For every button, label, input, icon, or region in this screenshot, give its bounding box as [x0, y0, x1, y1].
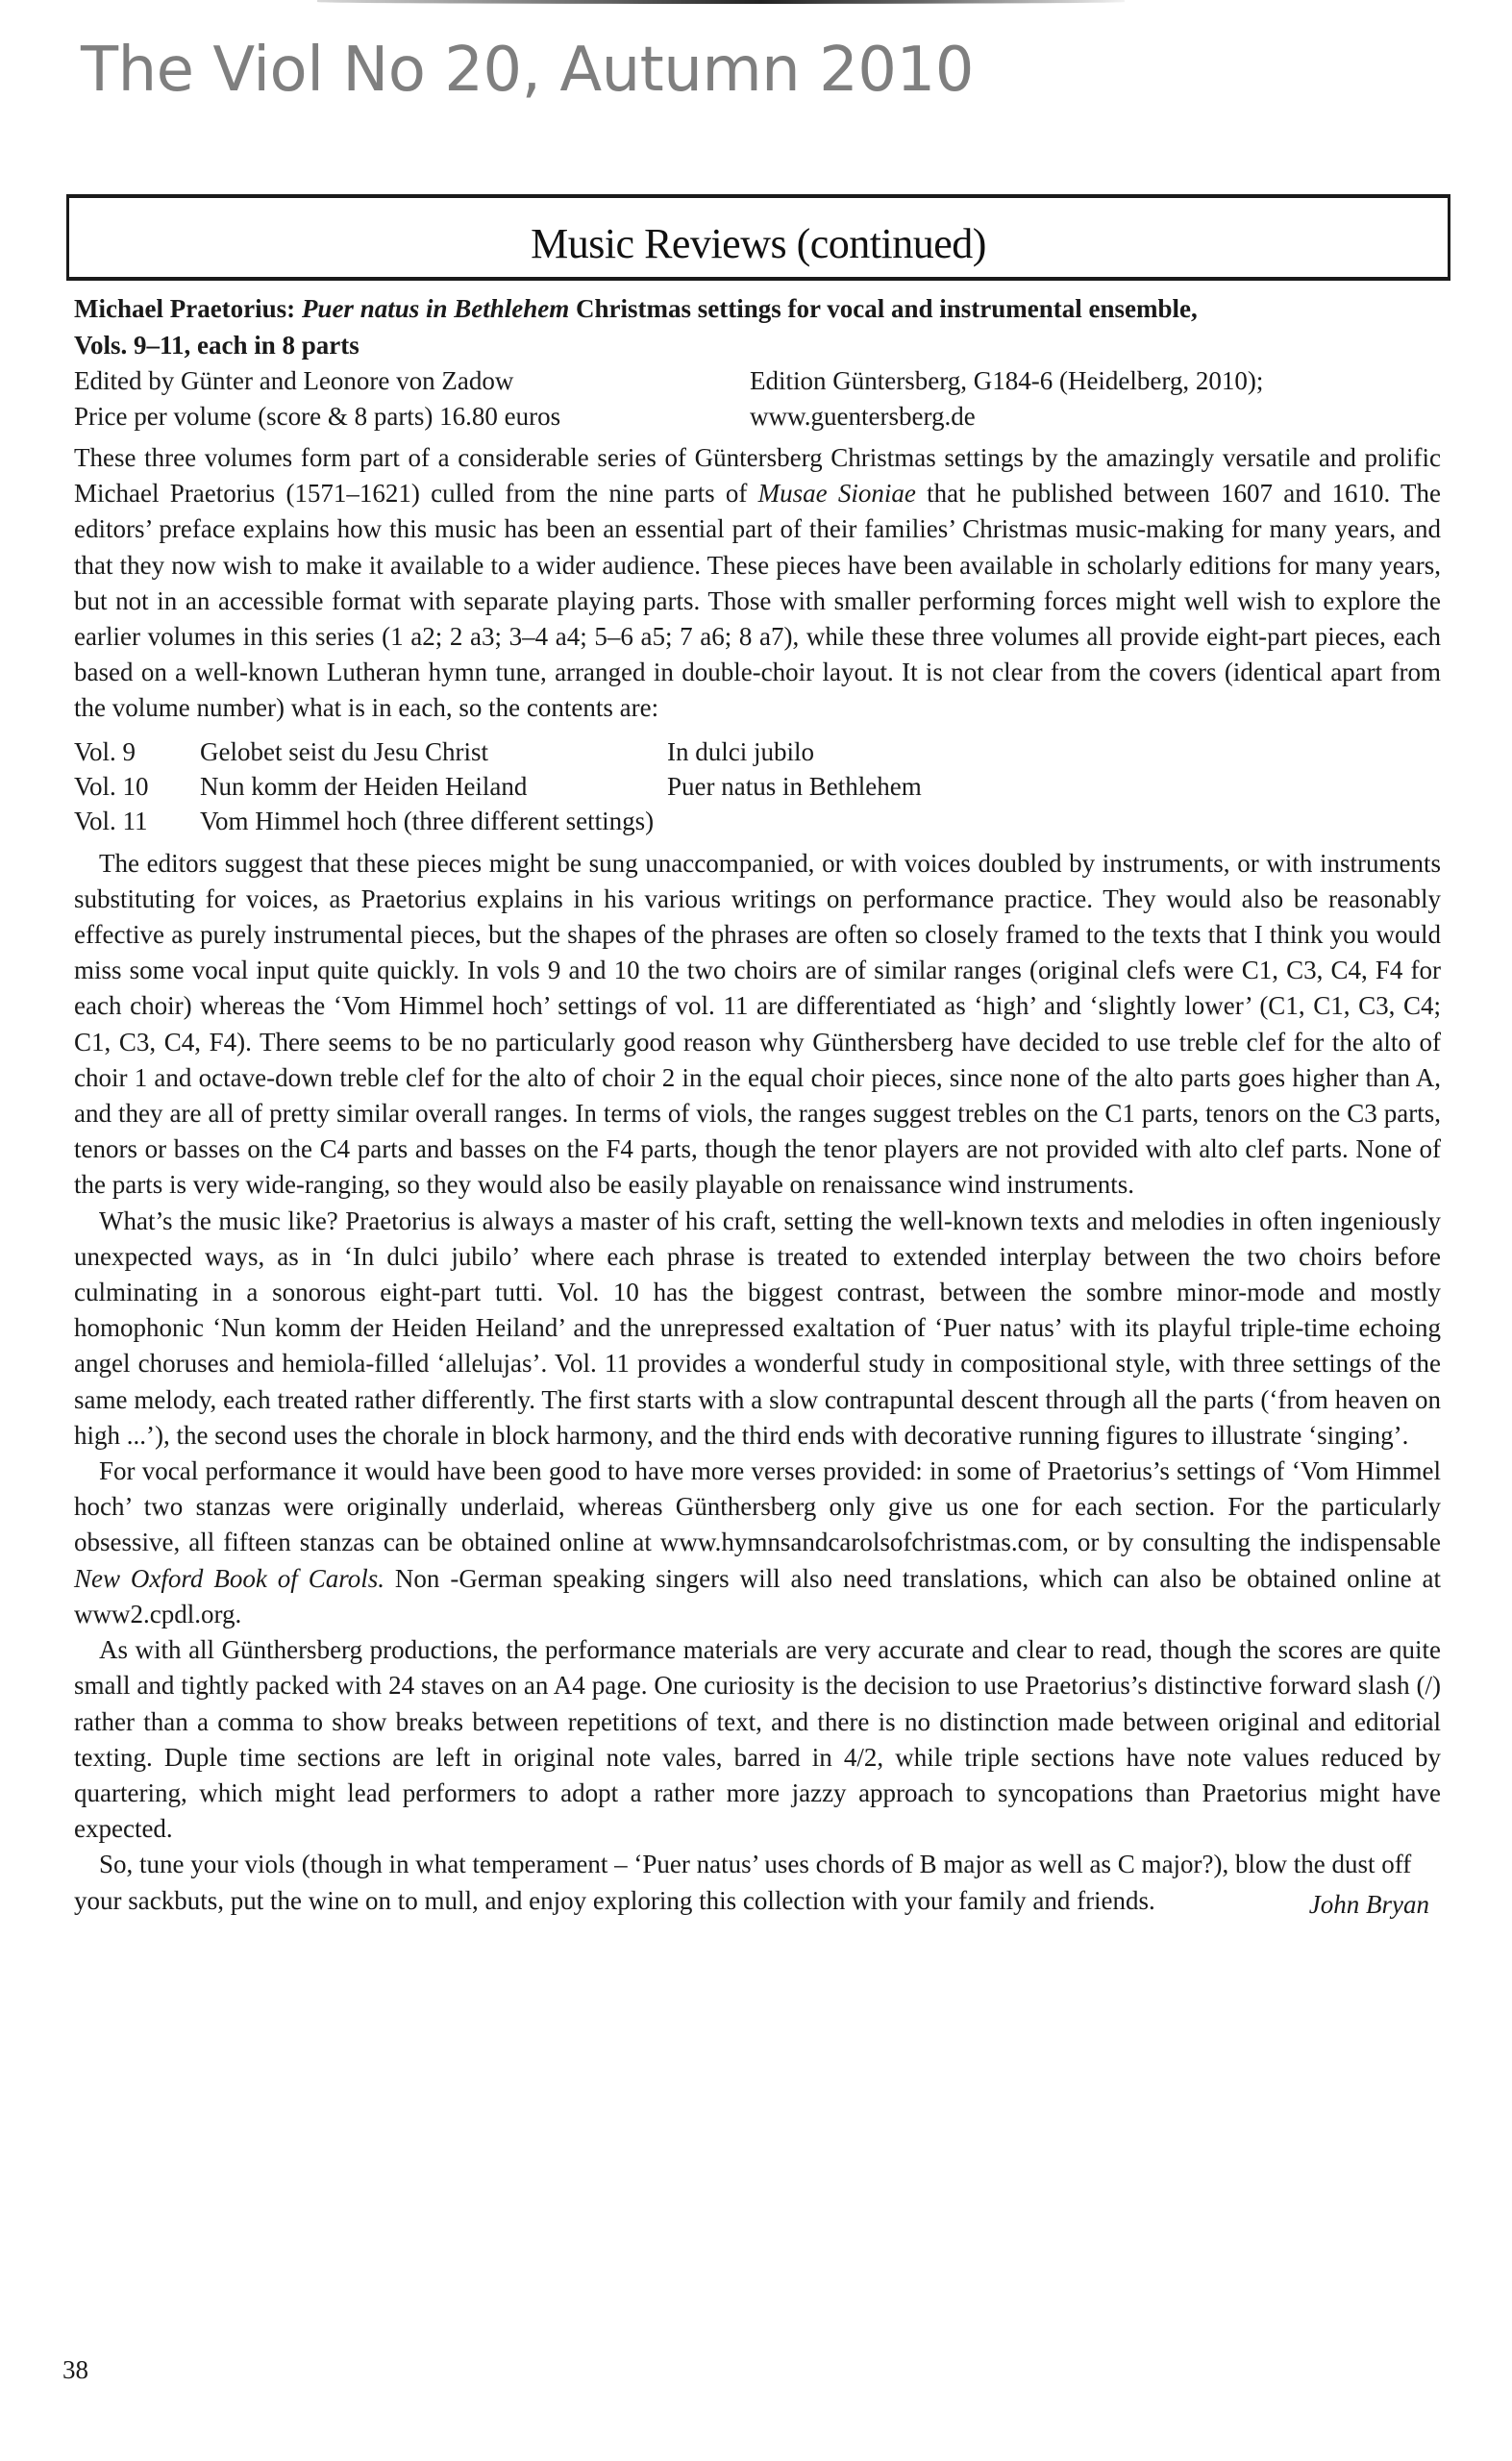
production-paragraph: As with all Günthersberg productions, th… — [74, 1632, 1441, 1847]
closing-paragraph: So, tune your viols (though in what temp… — [74, 1847, 1441, 1918]
intro-paragraph: These three volumes form part of a consi… — [74, 440, 1441, 727]
vocal-paragraph: For vocal performance it would have been… — [74, 1454, 1441, 1632]
review-description: Christmas settings for vocal and instrum… — [569, 294, 1197, 323]
review-article: Michael Praetorius: Puer natus in Bethle… — [74, 290, 1441, 1923]
journal-header: The Viol No 20, Autumn 2010 — [81, 35, 974, 106]
contents-table: Vol. 9 Gelobet seist du Jesu Christ In d… — [74, 734, 1441, 838]
contents-volume: Vol. 9 — [74, 734, 200, 769]
review-heading: Michael Praetorius: Puer natus in Bethle… — [74, 290, 1441, 363]
section-title-box: Music Reviews (continued) — [66, 194, 1450, 281]
contents-piece-b: Puer natus in Bethlehem — [667, 769, 922, 804]
contents-volume: Vol. 10 — [74, 769, 200, 804]
vocal-text-1: For vocal performance it would have been… — [74, 1456, 1441, 1556]
contents-row: Vol. 10 Nun komm der Heiden Heiland Puer… — [74, 769, 1441, 804]
vocal-italic-title: New Oxford Book of Carols. — [74, 1564, 384, 1593]
intro-italic-title: Musae Sioniae — [758, 479, 916, 508]
contents-piece-b: In dulci jubilo — [667, 734, 814, 769]
closing-text: So, tune your viols (though in what temp… — [74, 1850, 1411, 1914]
body-paragraph: The editors suggest that these pieces mi… — [74, 846, 1441, 1204]
review-composer: Michael Praetorius: — [74, 294, 302, 323]
review-work-title: Puer natus in Bethlehem — [302, 294, 569, 323]
contents-row: Vol. 11 Vom Himmel hoch (three different… — [74, 804, 1441, 838]
contents-piece-a: Nun komm der Heiden Heiland — [200, 769, 667, 804]
contents-piece-a: Gelobet seist du Jesu Christ — [200, 734, 667, 769]
review-metadata: Edited by Günter and Leonore von Zadow E… — [74, 363, 1441, 435]
body-paragraph: What’s the music like? Praetorius is alw… — [74, 1204, 1441, 1454]
page-number: 38 — [62, 2355, 88, 2385]
review-volumes: Vols. 9–11, each in 8 parts — [74, 331, 359, 360]
contents-volume: Vol. 11 — [74, 804, 200, 838]
review-price: Price per volume (score & 8 parts) 16.80… — [74, 399, 750, 435]
section-title: Music Reviews (continued) — [69, 219, 1448, 268]
intro-text-2: that he published between 1607 and 1610.… — [74, 479, 1441, 722]
author-signature: John Bryan — [1284, 1887, 1429, 1923]
review-editors: Edited by Günter and Leonore von Zadow — [74, 363, 750, 399]
top-decorative-rule — [317, 0, 1125, 4]
review-website: www.guentersberg.de — [750, 399, 1441, 435]
contents-piece-a: Vom Himmel hoch (three different setting… — [200, 804, 654, 838]
contents-row: Vol. 9 Gelobet seist du Jesu Christ In d… — [74, 734, 1441, 769]
review-publisher: Edition Güntersberg, G184-6 (Heidelberg,… — [750, 363, 1441, 399]
